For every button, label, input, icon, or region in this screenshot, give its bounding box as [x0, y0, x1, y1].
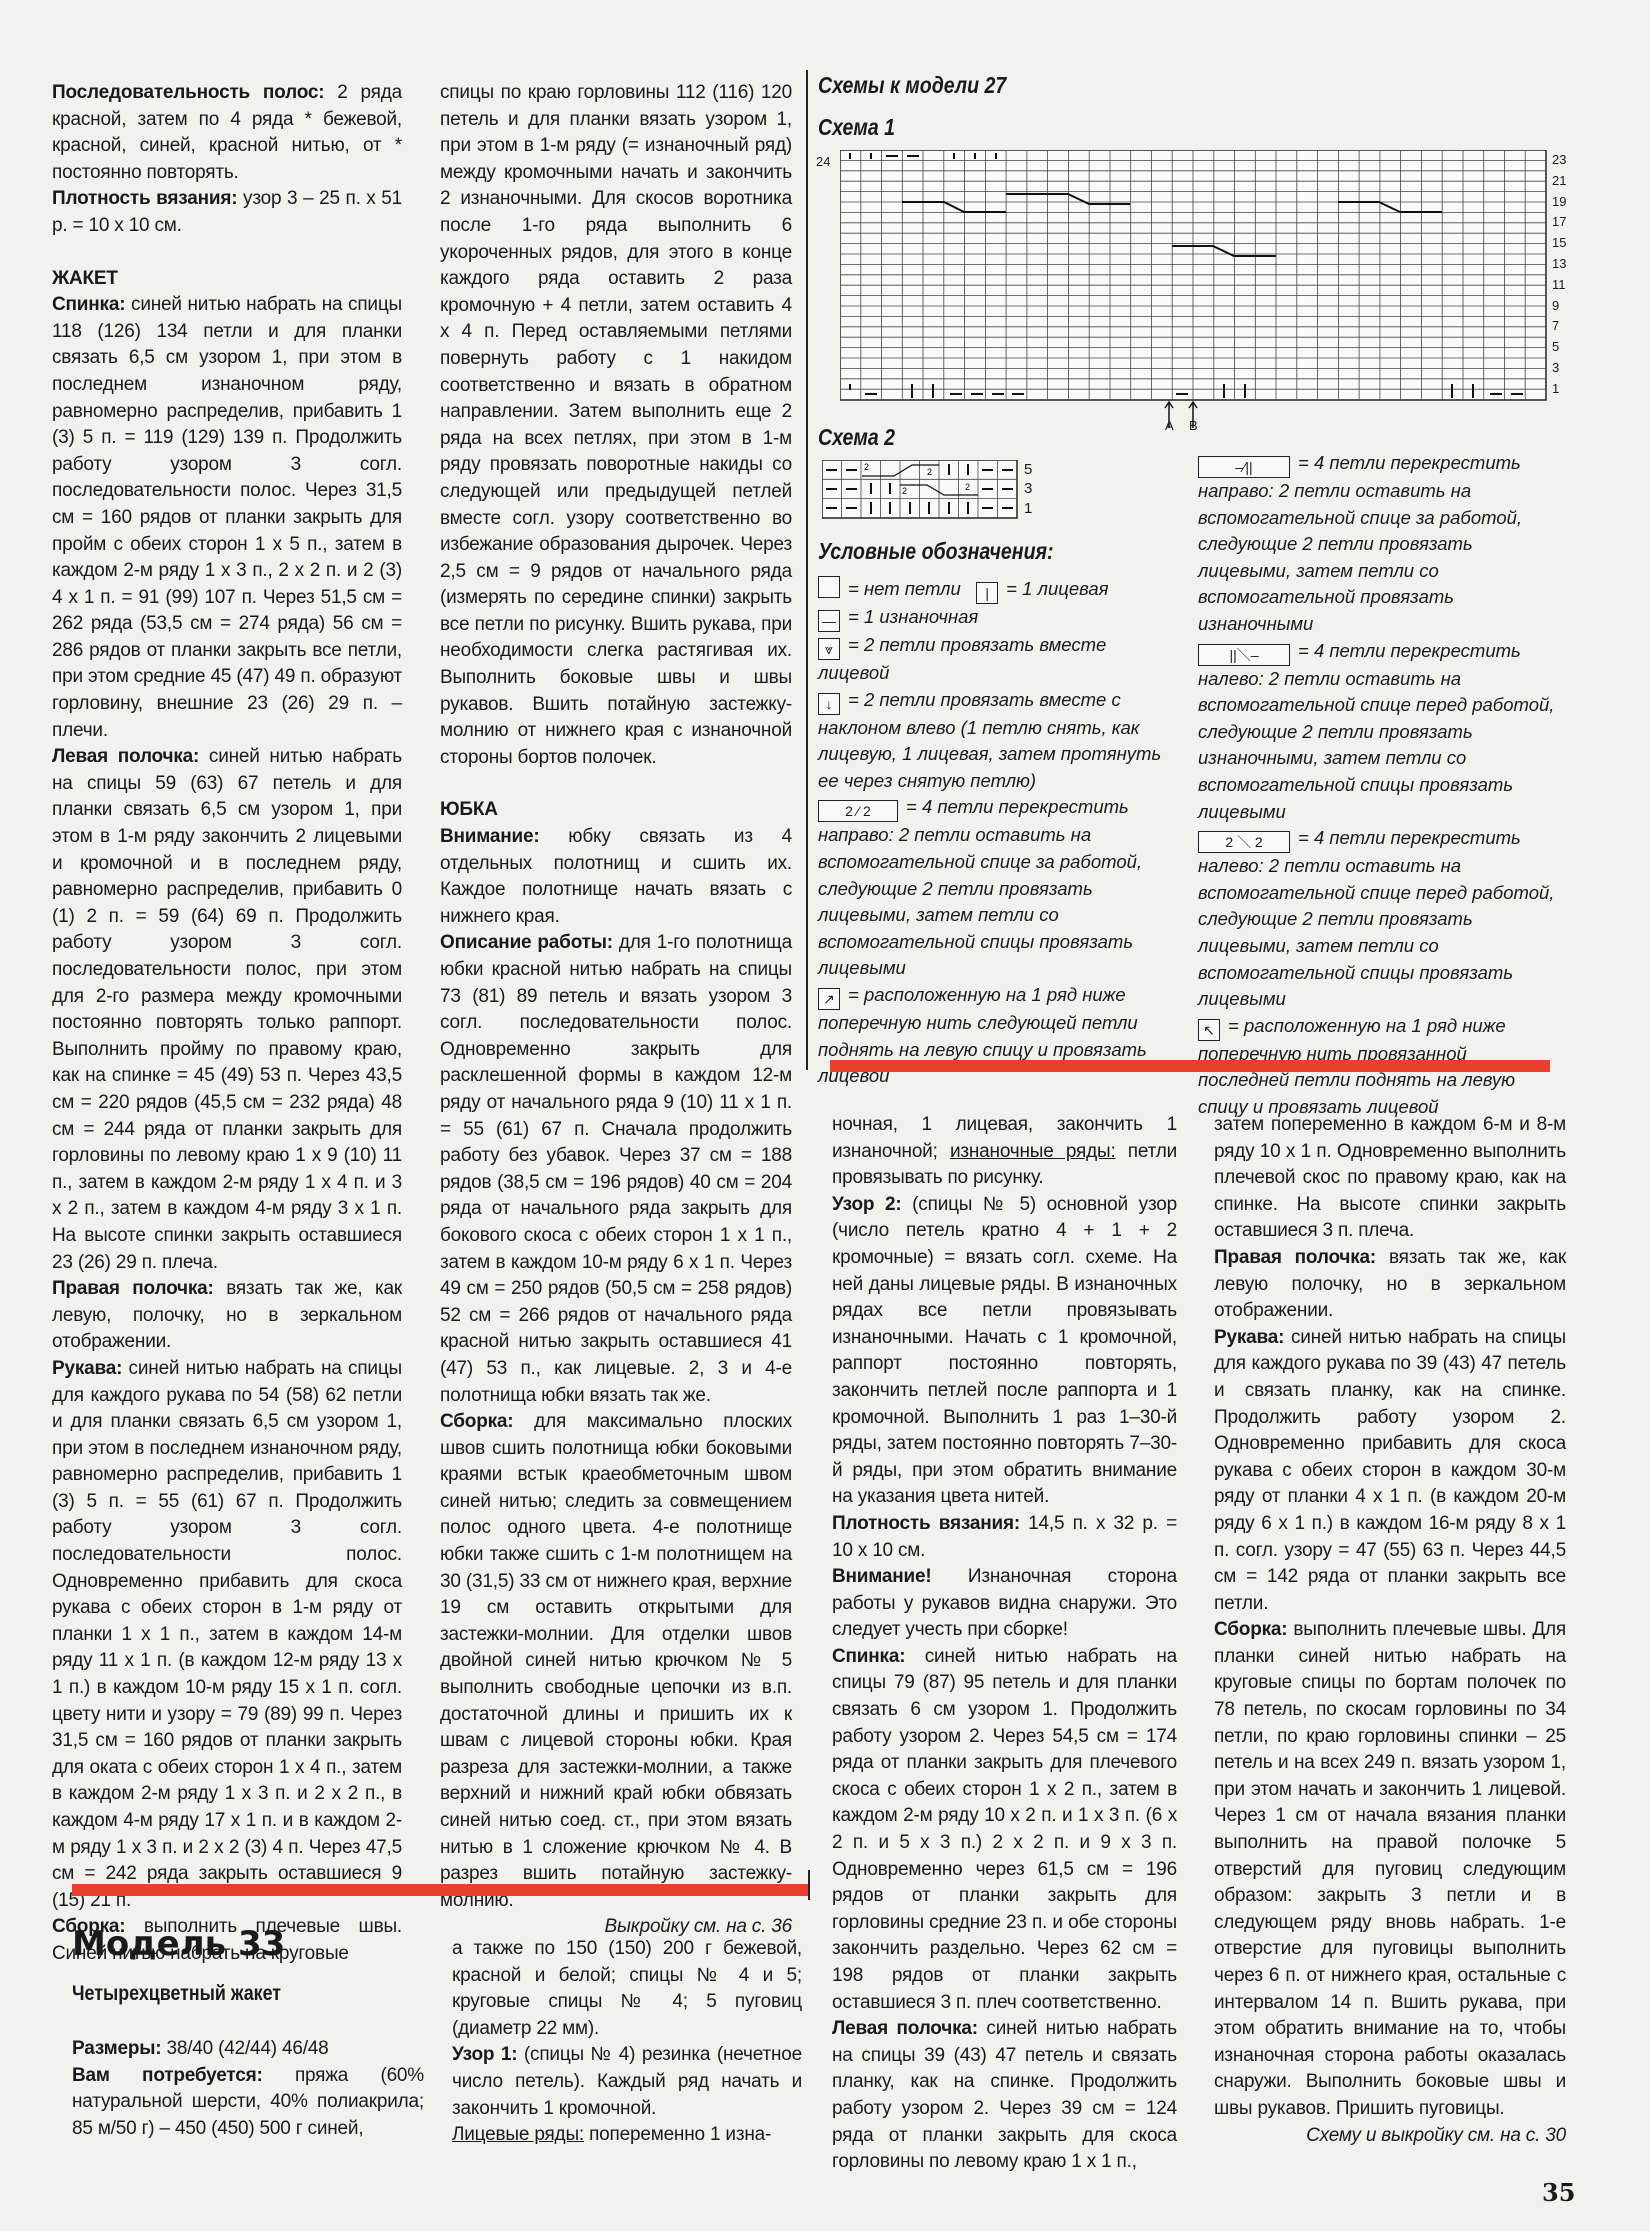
- page-number: 35: [1542, 2178, 1575, 2207]
- model-subtitle: Четырехцветный жакет: [72, 1982, 281, 2006]
- purl-cell-icon: —: [818, 610, 840, 632]
- svg-text:2: 2: [864, 462, 869, 472]
- left-front-continued: затем попеременно в каждом 6-м и 8-м ряд…: [1214, 1112, 1566, 1245]
- right-front-instructions: Правая полочка: вязать так же, как левую…: [1214, 1245, 1566, 1325]
- section-divider-bar: [830, 1060, 1550, 1072]
- sleeves-instructions: Рукава: синей нитью набрать на спицы для…: [1214, 1325, 1566, 1618]
- purl-rows-instructions: ночная, 1 лицевая, закончить 1 изнаночно…: [832, 1112, 1177, 1192]
- back-instructions: Спинка: синей нитью набрать на спицы 118…: [52, 292, 402, 744]
- legend-item: ↗= расположенную на 1 ряд ниже поперечну…: [818, 982, 1178, 1090]
- model-33-column-2: а также по 150 (150) 200 г бежевой, крас…: [452, 1936, 802, 2149]
- materials-continued: а также по 150 (150) 200 г бежевой, крас…: [452, 1936, 802, 2042]
- legend-item: 2 ＼ 2= 4 петли перекрестить налево: 2 пе…: [1198, 825, 1558, 1013]
- sizes: Размеры: 38/40 (42/44) 46/48: [72, 2036, 424, 2063]
- skirt-assembly: Сборка: для максимально плоских швов сши…: [440, 1409, 792, 1914]
- scheme-2-chart: 2 2 2 2: [822, 460, 1018, 520]
- scheme-2-row-labels: 5 3 1: [1024, 460, 1032, 518]
- pattern-2-instructions: Узор 2: (спицы № 5) основной узор (число…: [832, 1192, 1177, 1511]
- attention-note: Внимание! Изнаночная сторона работы у ру…: [832, 1564, 1177, 1644]
- legend-item: –⁄||= 4 петли перекрестить направо: 2 пе…: [1198, 450, 1558, 638]
- skirt-attention: Внимание: юбку связать из 4 отдельных по…: [440, 824, 792, 930]
- scheme-1-chart: [840, 150, 1550, 412]
- cable-left-purl-cell-icon: ||＼–: [1198, 644, 1290, 666]
- legend-left: = нет петли |= 1 лицевая —= 1 изнаночная…: [818, 576, 1178, 1090]
- scheme-2-title: Схема 2: [818, 424, 895, 451]
- materials: Вам потребуется: пряжа (60% натуральной …: [72, 2063, 424, 2143]
- ssk-cell-icon: ↓: [818, 693, 840, 715]
- skirt-work-description: Описание работы: для 1-го полотнища юбки…: [440, 930, 792, 1409]
- column-1: Последовательность полос: 2 ряда красной…: [52, 80, 402, 1968]
- section-heading-jacket: ЖАКЕТ: [52, 266, 402, 293]
- cable-right-cell-icon: 2 ⁄ 2: [818, 800, 898, 822]
- cable-left-cell-icon: 2 ＼ 2: [1198, 831, 1290, 853]
- stripes-label: Последовательность полос:: [52, 82, 324, 103]
- gauge: Плотность вязания: 14,5 п. х 32 р. = 10 …: [832, 1511, 1177, 1564]
- legend-right: –⁄||= 4 петли перекрестить направо: 2 пе…: [1198, 450, 1558, 1120]
- lift-right-cell-icon: ↗: [818, 988, 840, 1010]
- knit-cell-icon: |: [976, 582, 998, 604]
- k2tog-cell-icon: ⩔: [818, 638, 840, 660]
- column-3: ночная, 1 лицевая, закончить 1 изнаночно…: [832, 1112, 1177, 2176]
- gauge: Плотность вязания: узор 3 – 25 п. х 51 р…: [52, 186, 402, 239]
- face-rows-instructions: Лицевые ряды: попеременно 1 изна-: [452, 2122, 802, 2149]
- back-instructions: Спинка: синей нитью набрать на спицы 79 …: [832, 1644, 1177, 2016]
- right-front-instructions: Правая полочка: вязать так же, как левую…: [52, 1276, 402, 1356]
- assembly-instructions: Сборка: выполнить плечевые швы. Для план…: [1214, 1617, 1566, 2122]
- legend-item: ||＼–= 4 петли перекрестить налево: 2 пет…: [1198, 638, 1558, 826]
- model-title: Модель 33: [72, 1924, 285, 1964]
- section-heading-skirt: ЮБКА: [440, 797, 792, 824]
- legend-title: Условные обозначения:: [818, 538, 1054, 565]
- svg-text:2: 2: [902, 486, 907, 496]
- collar-instructions: спицы по краю горловины 112 (116) 120 пе…: [440, 80, 792, 771]
- pattern-1-instructions: Узор 1: (спицы № 4) резинка (нечетное чи…: [452, 2042, 802, 2122]
- column-divider: [806, 70, 808, 1070]
- cable-right-purl-cell-icon: –⁄||: [1198, 456, 1290, 478]
- scheme-1-row-labels: 23 21 19 17 15 13 11 9 7 5 3 1: [1552, 150, 1572, 400]
- legend-item: ↓= 2 петли провязать вместе с наклоном в…: [818, 687, 1178, 795]
- section-divider-bar: [72, 1884, 810, 1896]
- marker-b: B: [1189, 418, 1198, 433]
- legend-item: 2 ⁄ 2= 4 петли перекрестить направо: 2 п…: [818, 794, 1178, 982]
- model-33-column-1: Размеры: 38/40 (42/44) 46/48 Вам потребу…: [72, 2036, 424, 2142]
- lift-left-cell-icon: ↖: [1198, 1019, 1220, 1041]
- left-front-instructions: Левая полочка: синей нитью набрать на сп…: [52, 744, 402, 1276]
- svg-text:2: 2: [927, 467, 932, 477]
- legend-item: —= 1 изнаночная: [818, 604, 1178, 632]
- empty-cell-icon: [818, 576, 840, 598]
- scheme-1-row-label-24: 24: [816, 154, 830, 169]
- column-divider: [808, 1870, 810, 1900]
- legend-item: = нет петли |= 1 лицевая: [818, 576, 1178, 604]
- stripe-sequence: Последовательность полос: 2 ряда красной…: [52, 80, 402, 186]
- pattern-reference: Схему и выкройку см. на с. 30: [1214, 2123, 1566, 2150]
- svg-text:2: 2: [965, 482, 970, 492]
- column-4: затем попеременно в каждом 6-м и 8-м ряд…: [1214, 1112, 1566, 2149]
- scheme-1-title: Схема 1: [818, 114, 895, 141]
- legend-item: ⩔= 2 петли провязать вместе лицевой: [818, 632, 1178, 687]
- sleeves-instructions: Рукава: синей нитью набрать на спицы для…: [52, 1356, 402, 1914]
- marker-a: A: [1165, 418, 1174, 433]
- column-2: спицы по краю горловины 112 (116) 120 пе…: [440, 80, 792, 1941]
- left-front-instructions: Левая полочка: синей нитью набрать на сп…: [832, 2016, 1177, 2176]
- schemes-title: Схемы к модели 27: [818, 72, 1006, 99]
